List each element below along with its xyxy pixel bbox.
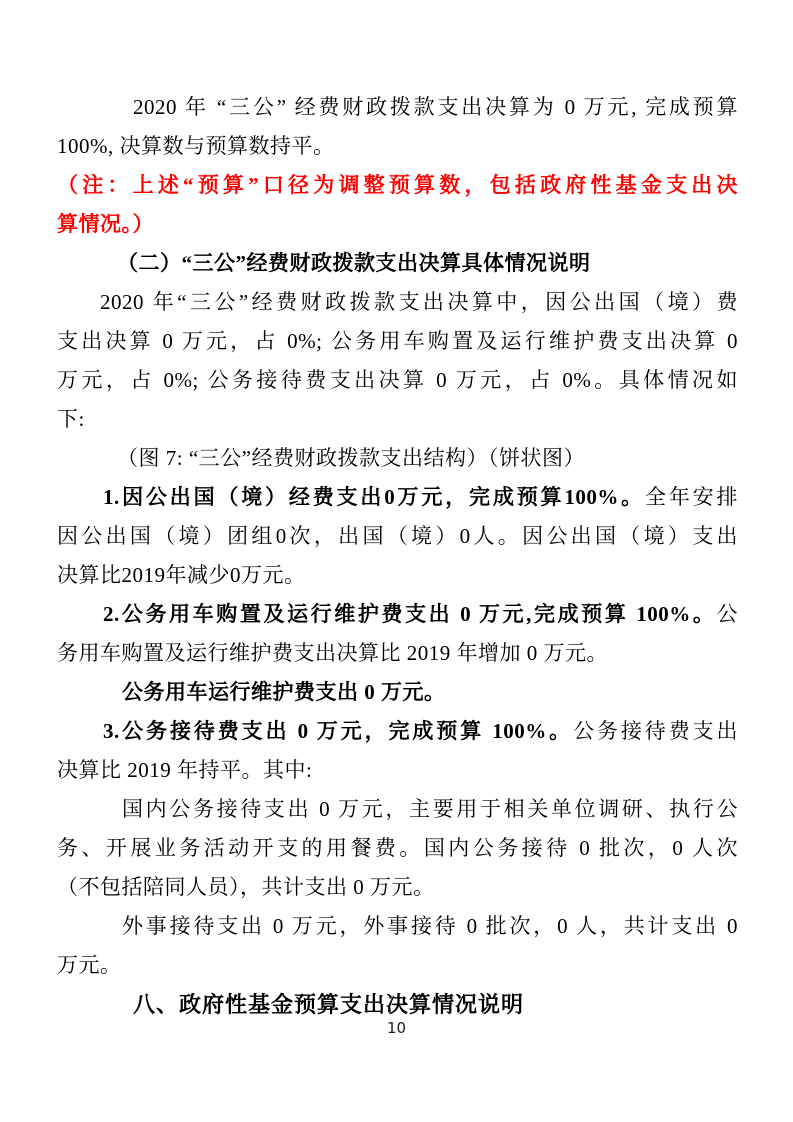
detail-line-3-run-1: 万元，占 0%; 公务接待费支出决算 0 万元，占 0%。具体情况如 (57, 368, 738, 392)
note-line-1-run-1: （注：上述“预算”口径为调整预算数，包括政府性基金支出决 (57, 173, 738, 197)
item2-line-1-run-1: 2.公务用车购置及运行维护费支出 0 万元,完成预算 100%。 (103, 602, 717, 626)
section-8-heading-run-1: 八、政府性基金预算支出决算情况说明 (133, 992, 524, 1017)
item1-line-1-run-1: 1.因公出国（境）经费支出0万元，完成预算100%。 (103, 485, 645, 509)
item3-line-2: 决算比 2019 年持平。其中: (57, 751, 738, 790)
foreign-reception-line-2: 万元。 (57, 946, 738, 985)
domestic-reception-line-1: 国内公务接待支出 0 万元，主要用于相关单位调研、执行公 (57, 790, 738, 829)
item1-line-2: 因公出国（境）团组0次，出国（境）0人。因公出国（境）支出 (57, 517, 738, 556)
item2-line-1-run-2: 公 (717, 602, 739, 626)
domestic-reception-line-2: 务、开展业务活动开支的用餐费。国内公务接待 0 批次，0 人次 (57, 829, 738, 868)
item1-line-1: 1.因公出国（境）经费支出0万元，完成预算100%。全年安排 (57, 478, 738, 517)
foreign-reception-line-2-run-1: 万元。 (57, 953, 122, 977)
item2-line-2: 务用车购置及运行维护费支出决算比 2019 年增加 0 万元。 (57, 634, 738, 673)
note-line-2: 算情况。） (57, 205, 738, 244)
domestic-reception-line-2-run-1: 务、开展业务活动开支的用餐费。国内公务接待 0 批次，0 人次 (57, 836, 738, 860)
note-line-1: （注：上述“预算”口径为调整预算数，包括政府性基金支出决 (57, 166, 738, 205)
domestic-reception-line-3: （不包括陪同人员），共计支出 0 万元。 (57, 868, 738, 907)
section-2-heading: （二）“三公”经费财政拨款支出决算具体情况说明 (57, 244, 738, 283)
item2-line-2-run-1: 务用车购置及运行维护费支出决算比 2019 年增加 0 万元。 (57, 641, 608, 665)
detail-line-1: 2020 年“三公”经费财政拨款支出决算中，因公出国（境）费 (57, 283, 738, 322)
item3-line-2-run-1: 决算比 2019 年持平。其中: (57, 758, 312, 782)
summary-line-1-run-1: 2020 年 “三公” 经费财政拨款支出决算为 0 万元, 完成预算 (133, 95, 738, 119)
section-2-heading-run-1: （二）“三公”经费财政拨款支出决算具体情况说明 (117, 251, 591, 275)
figure-caption: （图 7: “三公”经费财政拨款支出结构）（饼状图） (57, 439, 738, 478)
detail-line-4-run-1: 下: (57, 407, 85, 431)
item3-line-1-run-2: 公务接待费支出 (573, 719, 738, 743)
figure-caption-run-1: （图 7: “三公”经费财政拨款支出结构）（饼状图） (117, 446, 585, 470)
foreign-reception-line-1: 外事接待支出 0 万元，外事接待 0 批次，0 人，共计支出 0 (57, 907, 738, 946)
detail-line-4: 下: (57, 400, 738, 439)
item1-line-1-run-2: 全年安排 (645, 485, 738, 509)
summary-line-2-run-1: 100%, 决算数与预算数持平。 (57, 134, 335, 158)
summary-line-2: 100%, 决算数与预算数持平。 (57, 127, 738, 166)
detail-line-1-run-1: 2020 年“三公”经费财政拨款支出决算中，因公出国（境）费 (100, 290, 738, 314)
summary-line-1: 2020 年 “三公” 经费财政拨款支出决算为 0 万元, 完成预算 (57, 88, 738, 127)
document-page: 2020 年 “三公” 经费财政拨款支出决算为 0 万元, 完成预算100%, … (0, 0, 793, 1122)
detail-line-2-run-1: 支出决算 0 万元，占 0%; 公务用车购置及运行维护费支出决算 0 (57, 329, 738, 353)
detail-line-3: 万元，占 0%; 公务接待费支出决算 0 万元，占 0%。具体情况如 (57, 361, 738, 400)
document-body: 2020 年 “三公” 经费财政拨款支出决算为 0 万元, 完成预算100%, … (57, 88, 738, 1024)
item3-line-1: 3.公务接待费支出 0 万元，完成预算 100%。公务接待费支出 (57, 712, 738, 751)
item1-line-2-run-1: 因公出国（境）团组0次，出国（境）0人。因公出国（境）支出 (57, 524, 738, 548)
item1-line-3-run-1: 决算比2019年减少0万元。 (57, 563, 306, 587)
item1-line-3: 决算比2019年减少0万元。 (57, 556, 738, 595)
page-number: 10 (0, 1019, 793, 1037)
vehicle-maintenance-line-run-1: 公务用车运行维护费支出 0 万元。 (122, 680, 446, 704)
domestic-reception-line-3-run-1: （不包括陪同人员），共计支出 0 万元。 (57, 875, 435, 899)
foreign-reception-line-1-run-1: 外事接待支出 0 万元，外事接待 0 批次，0 人，共计支出 0 (122, 914, 738, 938)
vehicle-maintenance-line: 公务用车运行维护费支出 0 万元。 (57, 673, 738, 712)
domestic-reception-line-1-run-1: 国内公务接待支出 0 万元，主要用于相关单位调研、执行公 (122, 797, 738, 821)
detail-line-2: 支出决算 0 万元，占 0%; 公务用车购置及运行维护费支出决算 0 (57, 322, 738, 361)
item2-line-1: 2.公务用车购置及运行维护费支出 0 万元,完成预算 100%。公 (57, 595, 738, 634)
item3-line-1-run-1: 3.公务接待费支出 0 万元，完成预算 100%。 (103, 719, 573, 743)
note-line-2-run-1: 算情况。） (57, 212, 154, 236)
